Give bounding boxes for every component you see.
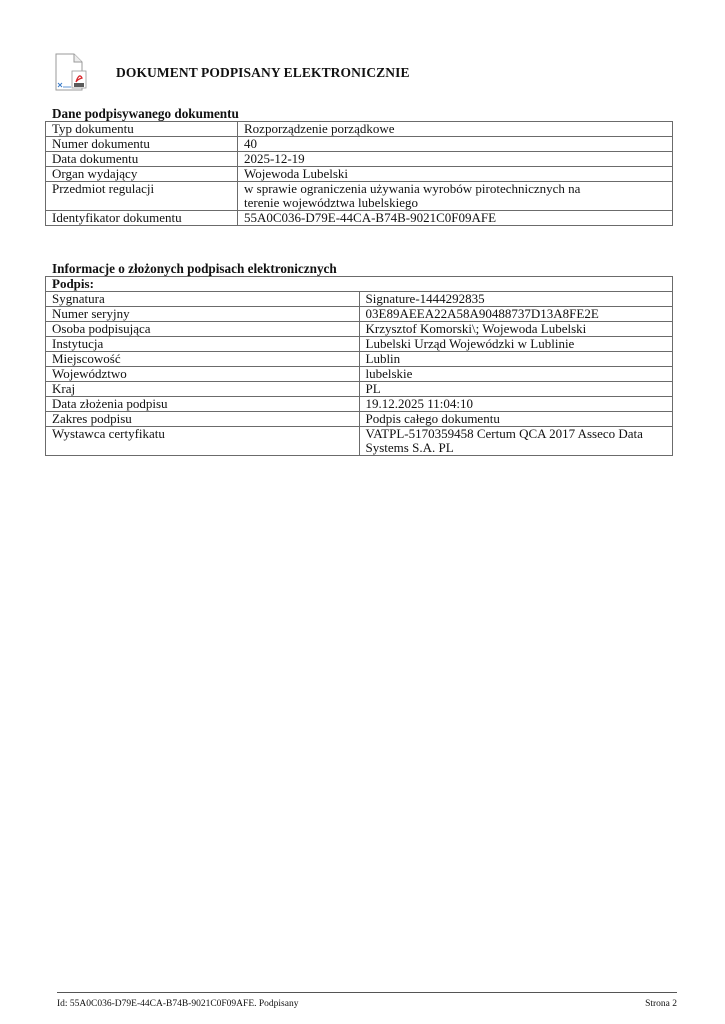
document-data-section: Dane podpisywanego dokumentu Typ dokumen… xyxy=(52,107,680,226)
row-label: Kraj xyxy=(46,382,360,397)
table-row: Osoba podpisująca Krzysztof Komorski\; W… xyxy=(46,322,673,337)
table-row: Instytucja Lubelski Urząd Wojewódzki w L… xyxy=(46,337,673,352)
pdf-file-icon xyxy=(52,52,92,92)
section-title: Informacje o złożonych podpisach elektro… xyxy=(52,262,680,276)
row-value: 40 xyxy=(238,137,673,152)
row-value: 2025-12-19 xyxy=(238,152,673,167)
row-label: Zakres podpisu xyxy=(46,412,360,427)
signature-info-section: Informacje o złożonych podpisach elektro… xyxy=(52,262,680,456)
table-row: Przedmiot regulacji w sprawie ograniczen… xyxy=(46,182,673,211)
row-value: Podpis całego dokumentu xyxy=(359,412,673,427)
row-value: VATPL-5170359458 Certum QCA 2017 Asseco … xyxy=(359,427,673,456)
row-value: PL xyxy=(359,382,673,397)
row-value: 55A0C036-D79E-44CA-B74B-9021C0F09AFE xyxy=(238,211,673,226)
row-label: Wystawca certyfikatu xyxy=(46,427,360,456)
document-header: DOKUMENT PODPISANY ELEKTRONICZNIE xyxy=(52,52,410,92)
row-value: Signature-1444292835 xyxy=(359,292,673,307)
signature-subheader: Podpis: xyxy=(46,277,673,292)
row-label: Instytucja xyxy=(46,337,360,352)
table-row: Organ wydający Wojewoda Lubelski xyxy=(46,167,673,182)
row-value: Wojewoda Lubelski xyxy=(238,167,673,182)
table-row: Sygnatura Signature-1444292835 xyxy=(46,292,673,307)
row-label: Numer dokumentu xyxy=(46,137,238,152)
footer-document-id: Id: 55A0C036-D79E-44CA-B74B-9021C0F09AFE… xyxy=(57,999,298,1009)
table-row: Miejscowość Lublin xyxy=(46,352,673,367)
page-number: Strona 2 xyxy=(645,999,677,1009)
row-value: 19.12.2025 11:04:10 xyxy=(359,397,673,412)
row-value: 03E89AEEA22A58A90488737D13A8FE2E xyxy=(359,307,673,322)
section-title: Dane podpisywanego dokumentu xyxy=(52,107,680,121)
row-value: Krzysztof Komorski\; Wojewoda Lubelski xyxy=(359,322,673,337)
row-value: Rozporządzenie porządkowe xyxy=(238,122,673,137)
row-value: lubelskie xyxy=(359,367,673,382)
table-row: Numer dokumentu 40 xyxy=(46,137,673,152)
row-label: Osoba podpisująca xyxy=(46,322,360,337)
row-label: Województwo xyxy=(46,367,360,382)
table-row: Identyfikator dokumentu 55A0C036-D79E-44… xyxy=(46,211,673,226)
row-label: Przedmiot regulacji xyxy=(46,182,238,211)
row-label: Typ dokumentu xyxy=(46,122,238,137)
row-label: Sygnatura xyxy=(46,292,360,307)
table-row: Wystawca certyfikatu VATPL-5170359458 Ce… xyxy=(46,427,673,456)
signature-info-table: Podpis: Sygnatura Signature-1444292835 N… xyxy=(45,276,673,456)
table-subheader-row: Podpis: xyxy=(46,277,673,292)
row-value: Lubelski Urząd Wojewódzki w Lublinie xyxy=(359,337,673,352)
row-label: Data złożenia podpisu xyxy=(46,397,360,412)
row-label: Organ wydający xyxy=(46,167,238,182)
row-label: Miejscowość xyxy=(46,352,360,367)
table-row: Typ dokumentu Rozporządzenie porządkowe xyxy=(46,122,673,137)
table-row: Kraj PL xyxy=(46,382,673,397)
document-title: DOKUMENT PODPISANY ELEKTRONICZNIE xyxy=(116,65,410,81)
row-label: Identyfikator dokumentu xyxy=(46,211,238,226)
row-label: Data dokumentu xyxy=(46,152,238,167)
table-row: Numer seryjny 03E89AEEA22A58A90488737D13… xyxy=(46,307,673,322)
table-row: Województwo lubelskie xyxy=(46,367,673,382)
table-row: Data złożenia podpisu 19.12.2025 11:04:1… xyxy=(46,397,673,412)
row-label: Numer seryjny xyxy=(46,307,360,322)
page-footer: Id: 55A0C036-D79E-44CA-B74B-9021C0F09AFE… xyxy=(57,992,677,1009)
row-value: w sprawie ograniczenia używania wyrobów … xyxy=(238,182,673,211)
table-row: Zakres podpisu Podpis całego dokumentu xyxy=(46,412,673,427)
document-data-table: Typ dokumentu Rozporządzenie porządkowe … xyxy=(45,121,673,226)
table-row: Data dokumentu 2025-12-19 xyxy=(46,152,673,167)
row-value: Lublin xyxy=(359,352,673,367)
